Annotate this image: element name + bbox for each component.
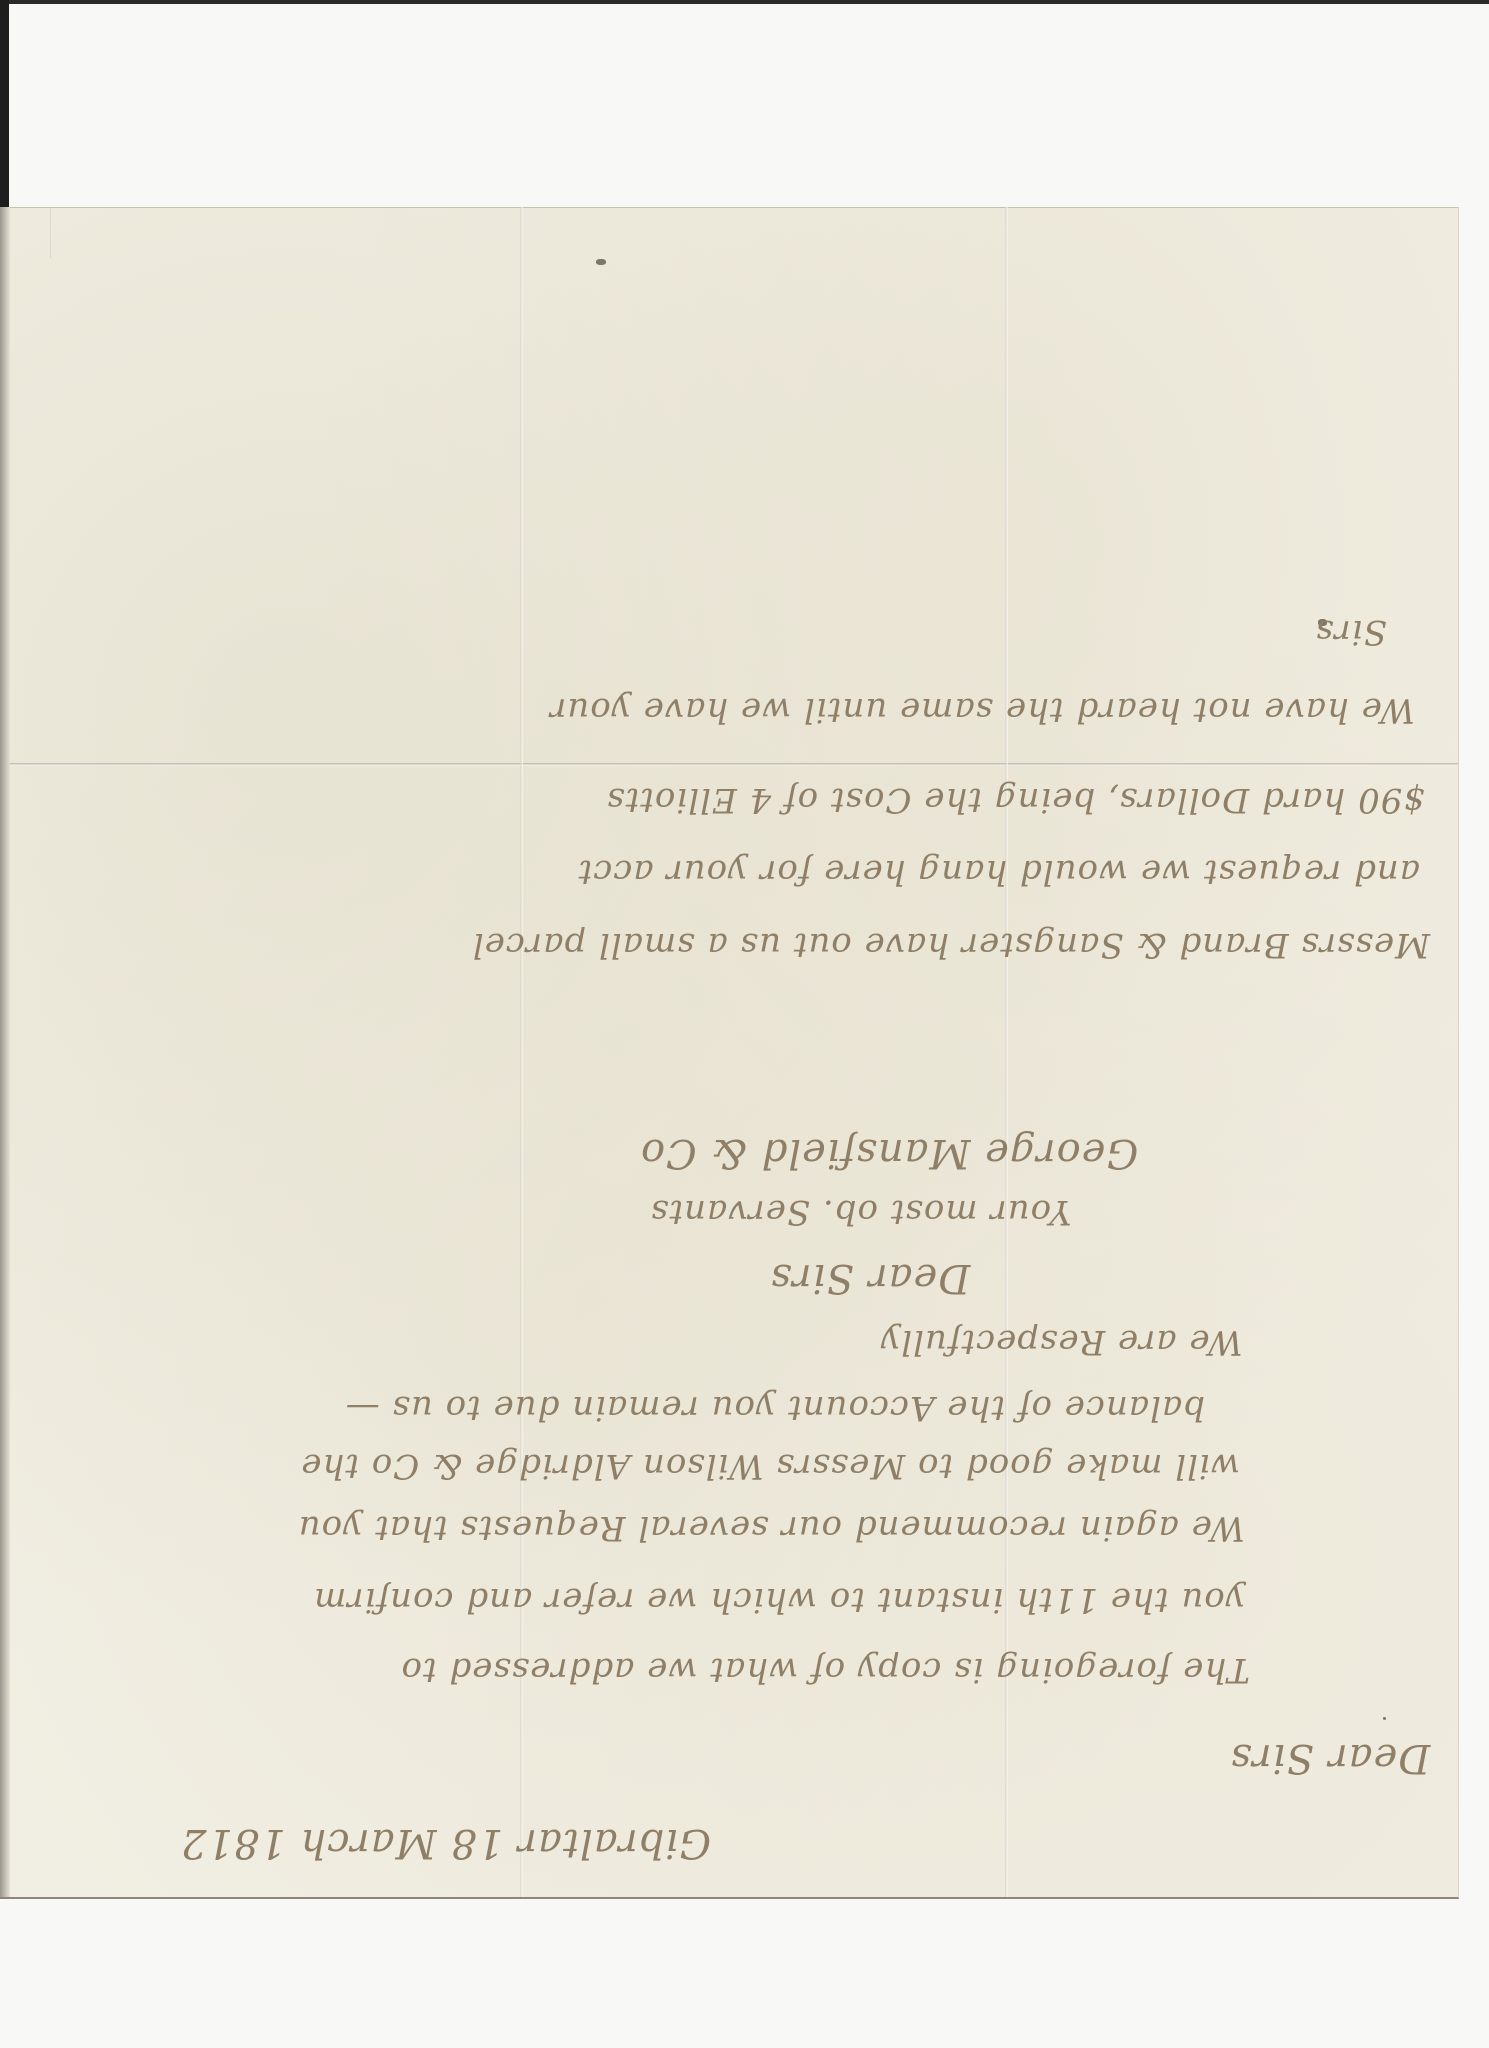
body-line-3: We again recommend our several Requests … — [185, 1508, 1245, 1548]
postscript-line-1: Messrs Brand & Sangster have out us a sm… — [150, 925, 1430, 965]
closing-respectfully: We are Respectfully — [880, 1322, 1243, 1362]
paper-left-shadow — [0, 207, 10, 1897]
postscript-line-3: $90 hard Dollars, being the Cost of 4 El… — [195, 780, 1425, 820]
body-line-4: will make good to Messrs Wilson Aldridge… — [190, 1446, 1240, 1486]
body-line-5: balance of the Account you remain due to… — [205, 1388, 1205, 1428]
scanner-edge-left — [0, 0, 9, 210]
scanner-edge-top — [0, 0, 1489, 4]
signature: George Mansfield & Co — [640, 1130, 1138, 1176]
ink-speck — [1383, 1717, 1386, 1720]
closing-servants: Your most ob. Servants — [650, 1192, 1072, 1232]
postscript-line-4: We have not heard the same until we have… — [215, 690, 1415, 730]
body-line-2: you the 11th instant to which we refer a… — [195, 1580, 1245, 1620]
vertical-fold-line-left — [520, 207, 523, 1897]
postscript-line-5: Sirs — [1315, 612, 1387, 652]
postscript-line-2: and request we would hang here for your … — [160, 852, 1420, 892]
ink-speck — [596, 259, 606, 265]
letter-paper — [0, 207, 1459, 1899]
dateline: Gibraltar 18 March 1812 — [180, 1820, 711, 1866]
vertical-fold-line-right — [1005, 207, 1008, 1897]
paper-overlap-edge — [50, 208, 51, 258]
salutation: Dear Sirs — [1230, 1735, 1430, 1781]
closing-dear-sirs: Dear Sirs — [770, 1255, 970, 1301]
horizontal-fold-line — [10, 763, 1458, 766]
body-line-1: The foregoing is copy of what we address… — [150, 1650, 1250, 1690]
